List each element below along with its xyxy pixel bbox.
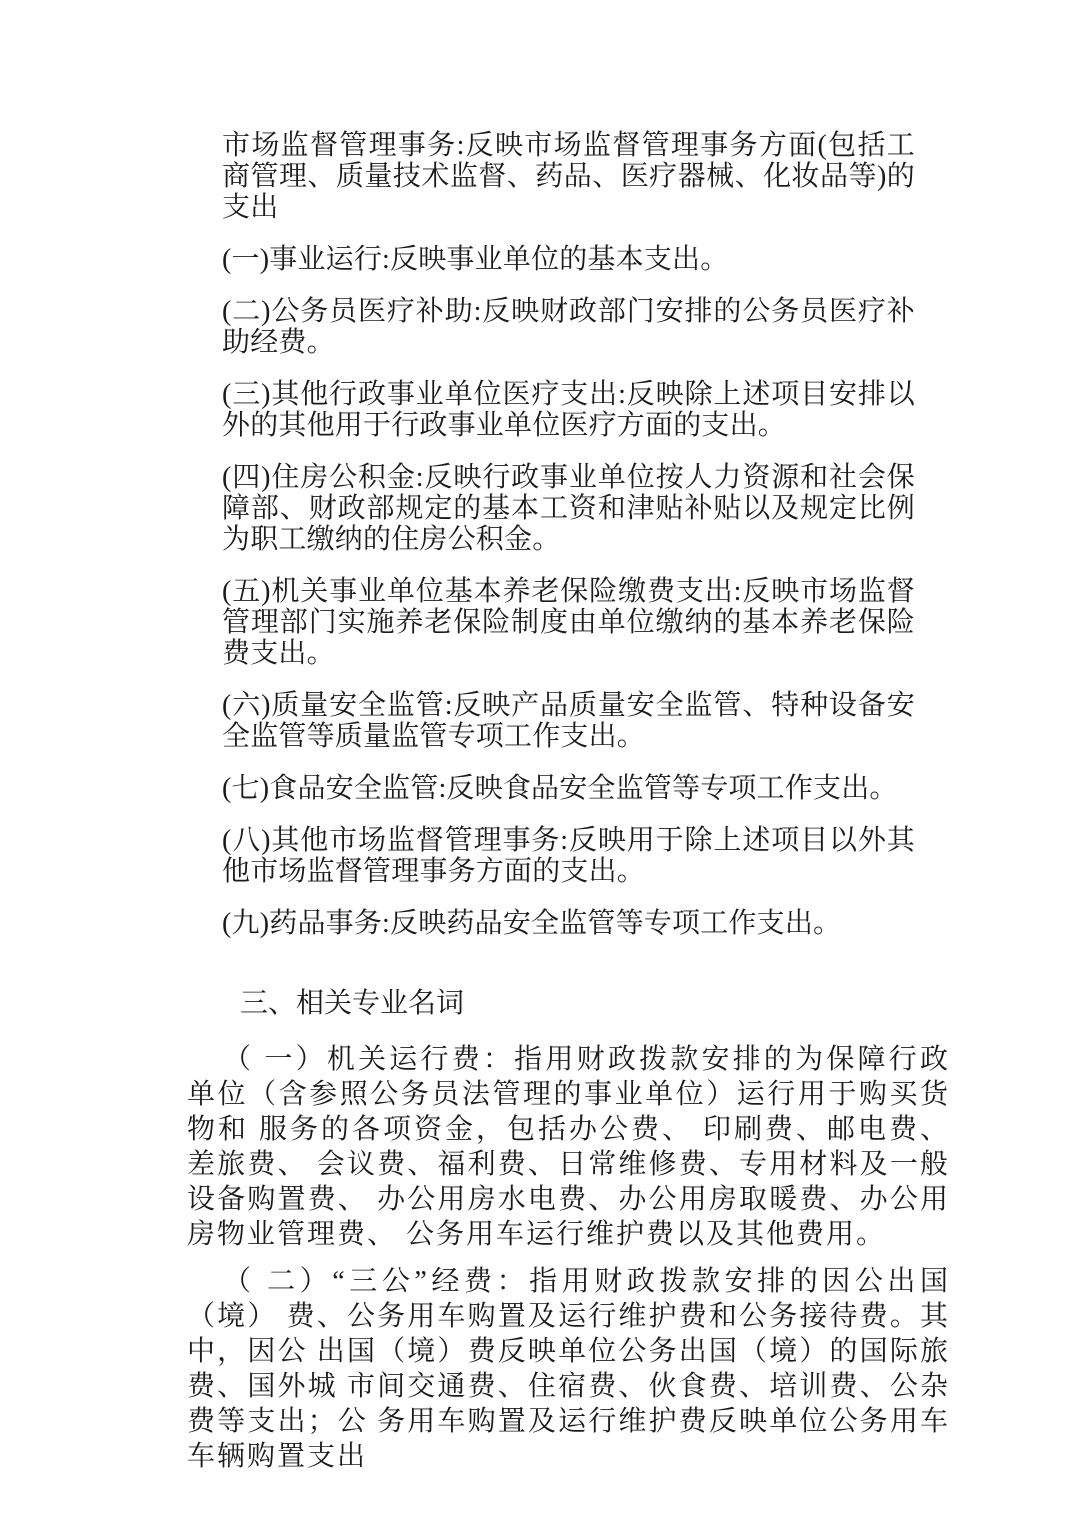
paragraph-item-6: (六)质量安全监管:反映产品质量安全监管、特种设备安全监管等质量监管专项工作支出…	[222, 690, 915, 752]
document-page: 市场监督管理事务:反映市场监督管理事务方面(包括工商管理、质量技术监督、药品、医…	[0, 0, 1074, 1520]
section-expenditure-items: 市场监督管理事务:反映市场监督管理事务方面(包括工商管理、质量技术监督、药品、医…	[187, 130, 950, 939]
section-terms: （ 一）机关运行费：指用财政拨款安排的为保障行政单位（含参照公务员法管理的事业单…	[187, 1042, 950, 1474]
document-content: 市场监督管理事务:反映市场监督管理事务方面(包括工商管理、质量技术监督、药品、医…	[187, 130, 950, 1486]
section-heading-terms: 三、相关专业名词	[240, 988, 950, 1019]
paragraph-item-8: (八)其他市场监督管理事务:反映用于除上述项目以外其他市场监督管理事务方面的支出…	[222, 825, 915, 887]
paragraph-term-three-public-funds: （ 二）“三公”经费：指用财政拨款安排的因公出国（境） 费、公务用车购置及运行维…	[187, 1264, 950, 1474]
paragraph-item-1: (一)事业运行:反映事业单位的基本支出。	[222, 244, 915, 275]
paragraph-item-7: (七)食品安全监管:反映食品安全监管等专项工作支出。	[222, 773, 915, 804]
paragraph-item-2: (二)公务员医疗补助:反映财政部门安排的公务员医疗补助经费。	[222, 296, 915, 358]
paragraph-term-agency-operating-fee: （ 一）机关运行费：指用财政拨款安排的为保障行政单位（含参照公务员法管理的事业单…	[187, 1042, 950, 1252]
paragraph-market-supervision-intro: 市场监督管理事务:反映市场监督管理事务方面(包括工商管理、质量技术监督、药品、医…	[222, 130, 915, 223]
paragraph-item-5: (五)机关事业单位基本养老保险缴费支出:反映市场监督管理部门实施养老保险制度由单…	[222, 576, 915, 669]
paragraph-item-4: (四)住房公积金:反映行政事业单位按人力资源和社会保障部、财政部规定的基本工资和…	[222, 462, 915, 555]
paragraph-item-3: (三)其他行政事业单位医疗支出:反映除上述项目安排以外的其他用于行政事业单位医疗…	[222, 379, 915, 441]
paragraph-item-9: (九)药品事务:反映药品安全监管等专项工作支出。	[222, 908, 915, 939]
